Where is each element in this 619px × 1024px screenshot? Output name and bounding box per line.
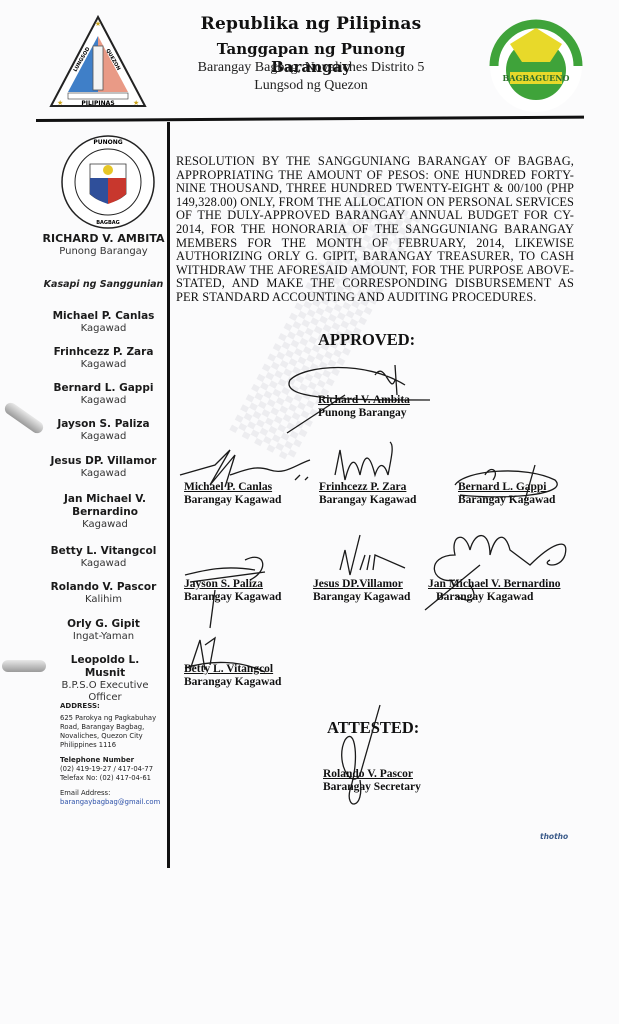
signatory-title: Barangay Kagawad [313,591,410,604]
signatory-name: Richard V. Ambita [318,394,410,407]
phone-number: (02) 419-19-27 / 417-04-77 [60,765,172,774]
signature-block-canlas: Michael P. Canlas Barangay Kagawad [184,481,281,507]
member-role: Kagawad [40,468,167,480]
typist-initials: thotho [540,832,568,841]
signatory-name: Rolando V. Pascor [323,768,421,781]
signature-villamor [325,530,415,580]
member-item: Jesus DP. Villamor Kagawad [40,455,167,480]
signature-block-chief: Richard V. Ambita Punong Barangay [318,394,410,420]
signatory-title: Punong Barangay [318,407,410,420]
signatory-title: Barangay Kagawad [184,591,281,604]
city-name: Lungsod ng Quezon [176,78,446,94]
signatory-name: Betty L. Vitangcol [184,663,281,676]
signatory-title: Barangay Kagawad [458,494,555,507]
member-name: Bernard L. Gappi [40,382,167,395]
bagbaguino-logo-icon: BAGBAGUENO [480,14,592,114]
member-role: Kagawad [40,359,167,371]
member-name: Frinhcezz P. Zara [40,346,167,359]
signatory-title: Barangay Kagawad [428,591,560,604]
signature-block-vitangcol: Betty L. Vitangcol Barangay Kagawad [184,663,281,689]
signatory-name: Bernard L. Gappi [458,481,555,494]
signatory-title: Barangay Kagawad [319,494,416,507]
svg-text:★: ★ [95,20,101,28]
office-address: 625 Parokya ng Pagkabuhay Road, Barangay… [60,714,172,750]
member-role: Kagawad [40,395,167,407]
quezon-city-seal-icon: PILIPINAS LUNGSOD QUEZON ★ ★ ★ [48,14,148,112]
member-role: Kagawad [40,323,167,335]
member-item: Michael P. Canlas Kagawad [40,310,167,335]
svg-text:PUNONG: PUNONG [93,139,122,146]
chief-title: Punong Barangay [40,246,167,257]
member-role: Kagawad [40,431,167,443]
member-name: Leopoldo L. Musnit [55,654,155,680]
republic-title: Republika ng Pilipinas [176,14,446,34]
signatory-name: Michael P. Canlas [184,481,281,494]
phone-label: Telephone Number [60,756,134,764]
barangay-address: Barangay Bagbag, Novaliches Distrito 5 [176,60,446,76]
member-name: Jesus DP. Villamor [40,455,167,468]
member-item: Frinhcezz P. Zara Kagawad [40,346,167,371]
email-label: Email Address: [60,789,172,798]
svg-text:★: ★ [133,99,139,107]
member-name: Orly G. Gipit [40,618,167,631]
member-item: Jan Michael V. Bernardino Kagawad [55,493,155,531]
member-name: Jayson S. Paliza [40,418,167,431]
signatory-title: Barangay Kagawad [184,676,281,689]
chief-name: RICHARD V. AMBITA [40,232,167,245]
signature-block-zara: Frinhcezz P. Zara Barangay Kagawad [319,481,416,507]
signature-block-paliza: Jayson S. Paliza Barangay Kagawad [184,578,281,604]
signatory-name: Frinhcezz P. Zara [319,481,416,494]
member-role: B.P.S.O Executive Officer [55,680,155,704]
member-name: Jan Michael V. Bernardino [55,493,155,519]
signatory-name: Jan Michael V. Bernardino [428,578,560,591]
signatory-name: Jayson S. Paliza [184,578,281,591]
member-name: Michael P. Canlas [40,310,167,323]
member-role: Kagawad [40,558,167,570]
member-name: Rolando V. Pascor [40,581,167,594]
member-item: Rolando V. Pascor Kalihim [40,581,167,606]
address-label: ADDRESS: [60,702,100,710]
member-item: Orly G. Gipit Ingat-Yaman [40,618,167,643]
member-role: Kalihim [40,594,167,606]
telefax-number: Telefax No: (02) 417-04-61 [60,774,172,783]
signature-block-villamor: Jesus DP.Villamor Barangay Kagawad [313,578,410,604]
member-role: Kagawad [55,519,155,531]
resolution-text: Resolution by the Sangguniang Barangay o… [176,155,574,305]
signatory-title: Barangay Secretary [323,781,421,794]
binder-clip [2,660,46,672]
council-heading: Kasapi ng Sanggunian [40,279,167,290]
email-link[interactable]: barangaybagbag@gmail.com [60,798,172,807]
signature-block-bernardino: Jan Michael V. Bernardino Barangay Kagaw… [428,578,560,604]
header-divider [36,116,584,122]
signature-block-gappi: Bernard L. Gappi Barangay Kagawad [458,481,555,507]
member-item: Bernard L. Gappi Kagawad [40,382,167,407]
member-name: Betty L. Vitangcol [40,545,167,558]
contact-block: ADDRESS: 625 Parokya ng Pagkabuhay Road,… [60,702,172,807]
approved-heading: APPROVED: [318,330,415,350]
member-item: Leopoldo L. Musnit B.P.S.O Executive Off… [55,654,155,704]
signatory-title: Barangay Kagawad [184,494,281,507]
svg-text:BAGBAGUENO: BAGBAGUENO [503,73,570,83]
svg-text:BAGBAG: BAGBAG [96,220,120,226]
signature-block-secretary: Rolando V. Pascor Barangay Secretary [323,768,421,794]
member-item: Betty L. Vitangcol Kagawad [40,545,167,570]
svg-text:★: ★ [57,99,63,107]
signatory-name: Jesus DP.Villamor [313,578,410,591]
signature-pascor [330,700,400,815]
punong-barangay-seal-icon: PUNONG BAGBAG [58,132,166,232]
member-item: Jayson S. Paliza Kagawad [40,418,167,443]
member-role: Ingat-Yaman [40,631,167,643]
svg-text:PILIPINAS: PILIPINAS [81,100,114,107]
